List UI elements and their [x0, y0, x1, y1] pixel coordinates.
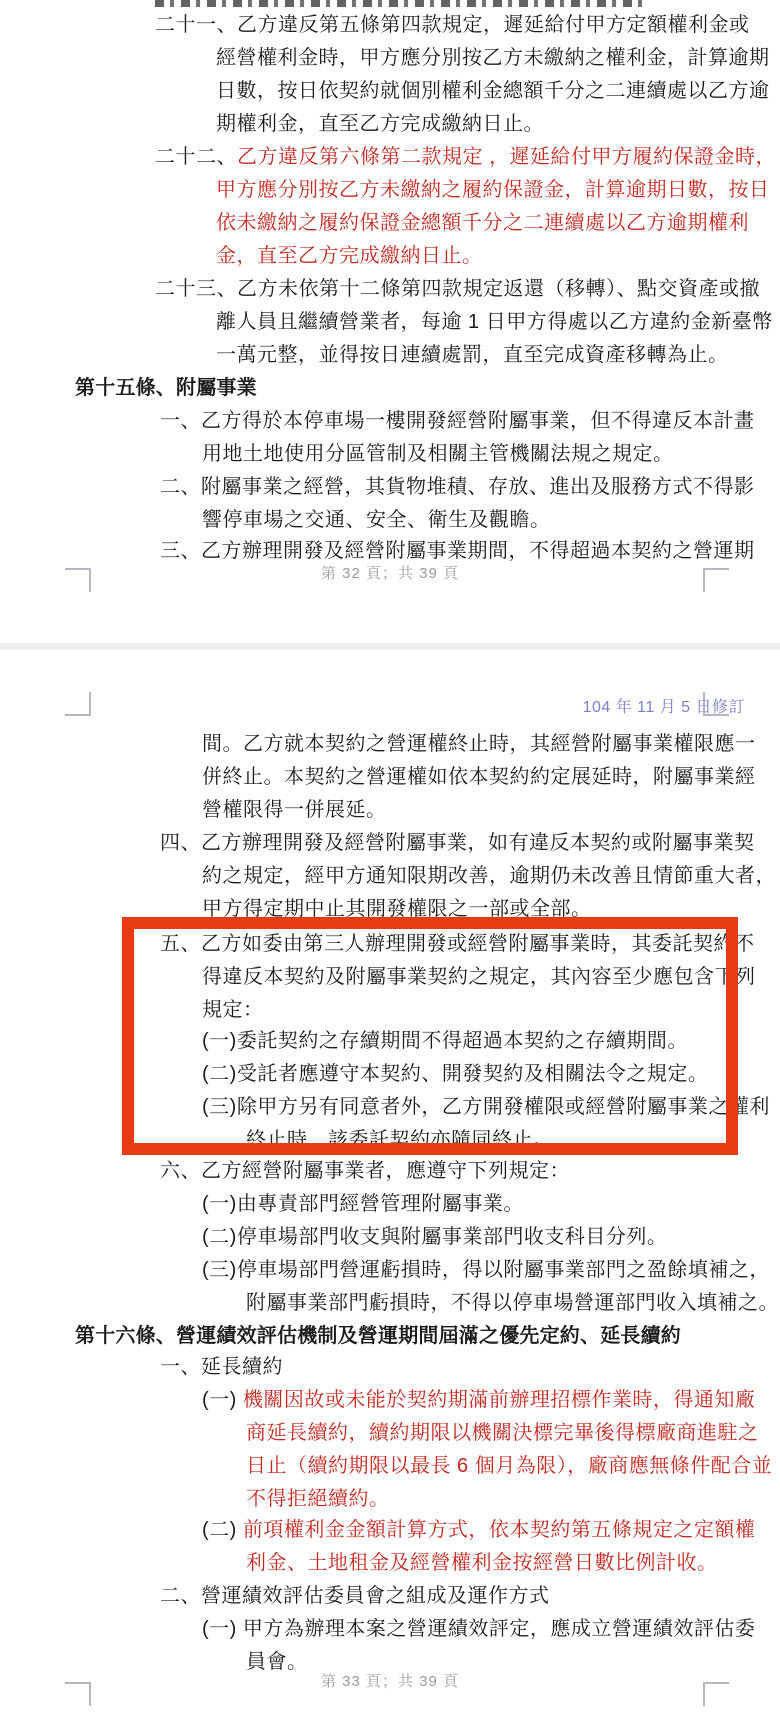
- text-line: 二、營運績效評估委員會之組成及運作方式: [160, 1585, 550, 1608]
- text-line: 期權利金，直至乙方完成繳納日止。: [216, 113, 544, 136]
- text-line: 用地土地使用分區管制及相關主管機關法規之規定。: [202, 443, 674, 466]
- text-line: 離人員且繼續營業者，每逾 1 日甲方得處以乙方違約金新臺幣: [216, 311, 773, 334]
- text-line: 響停車場之交通、安全、衛生及觀瞻。: [202, 509, 551, 532]
- text-line: 一、延長續約: [160, 1356, 283, 1379]
- text-line: 日止（續約期限以最長 6 個月為限），廠商應無條件配合並: [246, 1455, 772, 1478]
- page-footer: 第 33 頁；共 39 頁: [0, 1670, 780, 1691]
- text-line: 間。乙方就本契約之營運權終止時，其經營附屬事業權限應一: [202, 733, 756, 756]
- margin-corner-mark: [65, 692, 91, 716]
- highlight-annotation-box: [122, 917, 738, 1155]
- text-line: 利金、土地租金及經營權利金按經營日數比例計收。: [246, 1552, 718, 1575]
- text-line: 依未繳納之履約保證金總額千分之二連續處以乙方逾期權利: [216, 212, 749, 235]
- text-line: 四、乙方辦理開發及經營附屬事業，如有違反本契約或附屬事業契: [160, 832, 755, 855]
- text-line: (二)停車場部門收支與附屬事業部門收支科目分列。: [202, 1226, 667, 1249]
- text-line: (一) 機關因故或未能於契約期滿前辦理招標作業時，得通知廠: [202, 1389, 755, 1412]
- text-line: 三、乙方辦理開發及經營附屬事業期間，不得超過本契約之營運期: [160, 540, 755, 563]
- text-line: 二十二、乙方違反第六條第二款規定 ，遲延給付甲方履約保證金時，: [155, 146, 776, 169]
- margin-corner-mark: [65, 568, 91, 592]
- text-line: 併終止。本契約之營運權如依本契約約定展延時，附屬事業經: [202, 766, 756, 789]
- text-line: 二十三、乙方未依第十二條第四款規定返還（移轉）、點交資產或撤: [155, 278, 760, 301]
- text-line: 二、附屬事業之經營，其貨物堆積、存放、進出及服務方式不得影: [160, 476, 755, 499]
- text-line: (二) 前項權利金金額計算方式，依本契約第五條規定之定額權: [202, 1519, 755, 1542]
- text-line: 不得拒絕續約。: [246, 1488, 390, 1511]
- text-line: 日數，按日依契約就個別權利金總額千分之二連續處以乙方逾: [216, 80, 770, 103]
- text-line: 商延長續約，續約期限以機關決標完畢後得標廠商進駐之: [246, 1422, 759, 1445]
- text-line: 第十五條、附屬事業: [75, 377, 257, 400]
- text-line: 一萬元整，並得按日連續處罰，直至完成資產移轉為止。: [216, 344, 729, 367]
- text-line: 員會。: [246, 1651, 308, 1674]
- text-line: 約之規定，經甲方通知限期改善，逾期仍未改善且情節重大者，: [202, 865, 776, 888]
- text-line: (一)由專責部門經營管理附屬事業。: [202, 1193, 524, 1216]
- text-line: 附屬事業部門虧損時，不得以停車場營運部門收入填補之。: [246, 1292, 779, 1315]
- margin-corner-mark: [65, 1682, 91, 1706]
- text-line: 二十一、乙方違反第五條第四款規定，遲延給付甲方定額權利金或: [155, 14, 750, 37]
- text-line: 第十六條、營運績效評估機制及營運期間屆滿之優先定約、延長續約: [75, 1325, 681, 1348]
- text-line: 一、乙方得於本停車場一樓開發經營附屬事業，但不得違反本計畫: [160, 410, 755, 433]
- text-line: (三)停車場部門營運虧損時，得以附屬事業部門之盈餘填補之，: [202, 1259, 770, 1282]
- text-line: 金，直至乙方完成繳納日止。: [216, 245, 483, 268]
- text-line: (一) 甲方為辦理本案之營運績效評定，應成立營運績效評估委: [202, 1618, 755, 1641]
- margin-corner-mark: [703, 568, 729, 592]
- clipped-text-artifact: [155, 0, 642, 7]
- text-line: 經營權利金時，甲方應分別按乙方未繳納之權利金，計算逾期: [216, 47, 770, 70]
- text-line: 營權限得一併展延。: [202, 799, 387, 822]
- text-line: 六、乙方經營附屬事業者，應遵守下列規定：: [160, 1160, 570, 1183]
- margin-corner-mark: [703, 1682, 729, 1706]
- text-line: 甲方應分別按乙方未繳納之履約保證金，計算逾期日數，按日: [216, 179, 770, 202]
- page-separator: [0, 643, 780, 650]
- page-footer: 第 32 頁；共 39 頁: [0, 562, 780, 583]
- revision-date-note: 104 年 11 月 5 日修訂: [583, 694, 745, 717]
